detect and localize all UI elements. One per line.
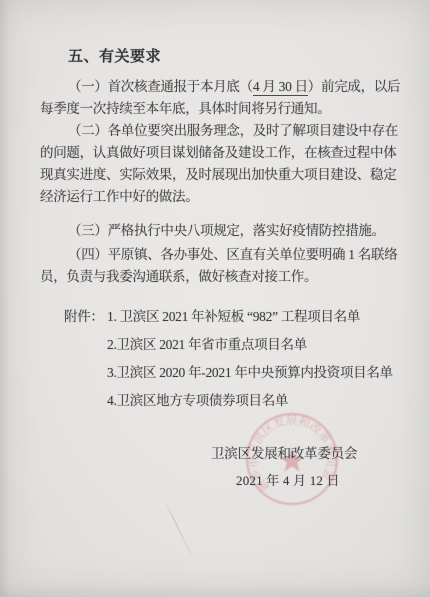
paragraph-4-line-1: （四）平原镇、各办事处、区直有关单位要明确 1 名联络 [40, 244, 396, 266]
paragraph-3-line-1: （三）严格执行中央八项规定，落实好疫情防控措施。 [40, 220, 396, 242]
para1-text-post: ）前完成，以后 [308, 79, 400, 94]
scan-crease-artifact [163, 498, 192, 556]
paragraph-1-line-2: 每季度一次持续至本年底，具体时间将另行通知。 [40, 98, 396, 120]
paragraph-2-line-2: 的问题，认真做好项目谋划储备及建设工作，在核查过程中体 [40, 142, 396, 164]
attachment-item-1-text: 1. 卫滨区 2021 年补短板 “982” 工程项目名单 [107, 309, 360, 324]
document-body: 五、有关要求 （一）首次核查通报于本月底（4 月 30 日）前完成，以后 每季度… [40, 46, 396, 288]
attachment-item-2: 2.卫滨区 2021 年省市重点项目名单 [107, 331, 393, 359]
paragraph-2-line-1: （二）各单位要突出服务理念，及时了解项目建设中存在 [40, 120, 396, 142]
para1-text-pre: （一）首次核查通报于本月底（ [68, 79, 253, 94]
paragraph-2-line-3: 现真实进度、实际效果，及时展现出加快重大项目建设、稳定 [40, 164, 396, 186]
attachment-item-3: 3.卫滨区 2020 年-2021 年中央预算内投资项目名单 [107, 359, 393, 387]
signature-date: 2021 年 4 月 12 日 [236, 471, 340, 491]
attachments-list: 附件：1. 卫滨区 2021 年补短板 “982” 工程项目名单 2.卫滨区 2… [64, 303, 393, 415]
scanned-document-page: 五、有关要求 （一）首次核查通报于本月底（4 月 30 日）前完成，以后 每季度… [0, 0, 430, 597]
attachment-item-4: 4.卫滨区地方专项债券项目名单 [107, 387, 393, 415]
para1-underlined-date: 4 月 30 日 [253, 79, 308, 96]
signature-organization: 卫滨区发展和改革委员会 [211, 444, 357, 464]
paragraph-1-line-1: （一）首次核查通报于本月底（4 月 30 日）前完成，以后 [40, 76, 396, 98]
section-heading: 五、有关要求 [40, 46, 396, 68]
paragraph-2-line-4: 经济运行工作中好的做法。 [40, 186, 396, 208]
paragraph-4-line-2: 员，负责与我委沟通联系，做好核查对接工作。 [40, 266, 396, 288]
attachment-item-1: 附件：1. 卫滨区 2021 年补短板 “982” 工程项目名单 [64, 303, 393, 331]
attachments-label: 附件： [64, 303, 107, 331]
